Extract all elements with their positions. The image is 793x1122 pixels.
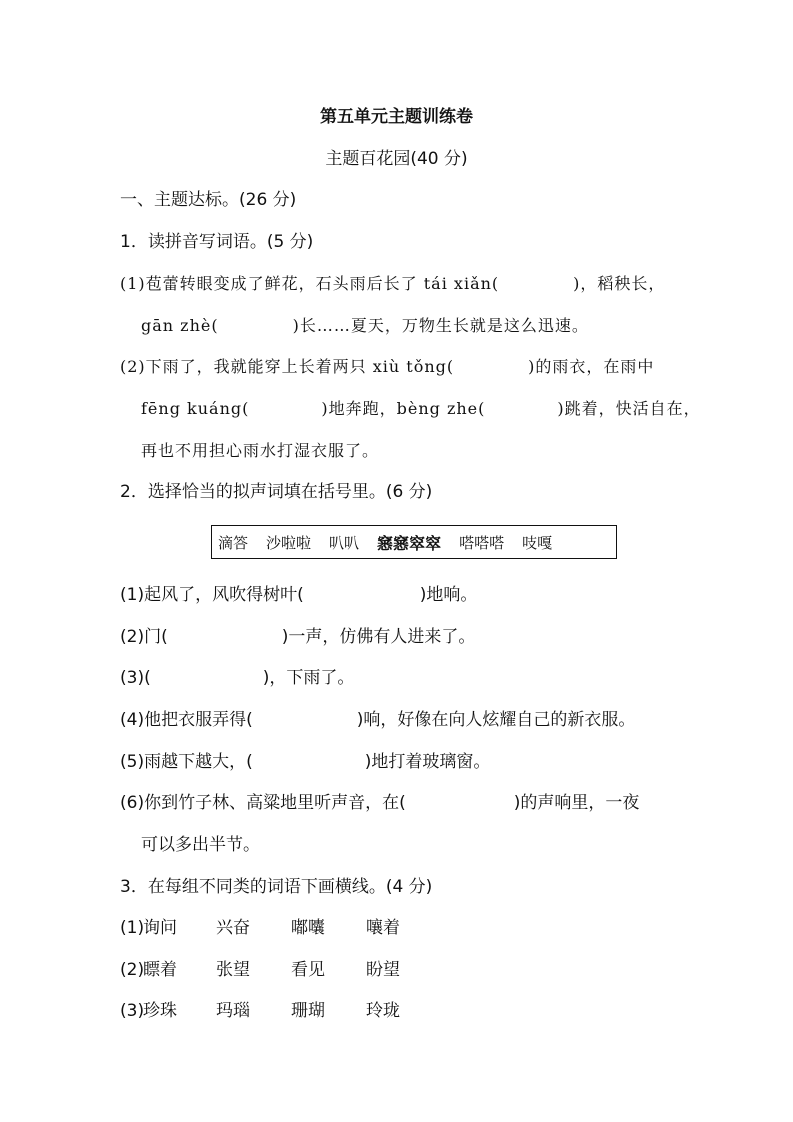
q2-item-text: )的声响里，一夜 bbox=[514, 793, 640, 813]
q1-item2-text-d: )地奔跑，bèng zhe( bbox=[321, 399, 485, 418]
q2-item-text: )地响。 bbox=[420, 585, 478, 605]
q2-item-text: (2)门( bbox=[120, 627, 168, 647]
word-bank-item: 滴答 bbox=[218, 532, 248, 553]
q3-word[interactable]: 嘟囔 bbox=[291, 917, 325, 939]
q1-item1-text-b: )，稻秧长， bbox=[573, 274, 665, 293]
word-bank-item: 窸窸窣窣 bbox=[377, 531, 441, 554]
q3-word[interactable]: 盼望 bbox=[366, 959, 400, 981]
question-2-heading: 2．选择恰当的拟声词填在括号里。(6 分) bbox=[120, 481, 432, 503]
q2-item-text: )地打着玻璃窗。 bbox=[365, 752, 491, 772]
q1-item2-line1: (2)下雨了，我就能穿上长着两只 xiù tǒng()的雨衣，在雨中 bbox=[120, 356, 654, 378]
q2-item-text: (1)起风了，风吹得树叶( bbox=[120, 585, 304, 605]
q2-item-text: (5)雨越下越大，( bbox=[120, 752, 253, 772]
q3-word[interactable]: 珍珠 bbox=[143, 1000, 177, 1022]
q2-item-text: (4)他把衣服弄得( bbox=[120, 710, 253, 730]
q3-word[interactable]: 看见 bbox=[291, 959, 325, 981]
q1-item1-line2: gān zhè()长……夏天，万物生长就是这么迅速。 bbox=[141, 315, 589, 337]
question-3-heading: 3．在每组不同类的词语下画横线。(4 分) bbox=[120, 876, 432, 898]
q2-item-text: (3)( bbox=[120, 668, 151, 688]
q2-item-text: )一声，仿佛有人进来了。 bbox=[282, 627, 476, 647]
question-1-heading: 1．读拼音写词语。(5 分) bbox=[120, 231, 313, 253]
q1-item1-line1: (1)苞蕾转眼变成了鲜花，石头雨后长了 tái xiǎn()，稻秧长， bbox=[120, 273, 665, 295]
word-bank-box: 滴答 沙啦啦 叭叭 窸窸窣窣 嗒嗒嗒 吱嘎 bbox=[211, 525, 617, 559]
page-subtitle: 主题百花园(40 分) bbox=[0, 148, 793, 170]
q3-group-label: (3) bbox=[120, 1000, 144, 1022]
q3-word[interactable]: 嚷着 bbox=[366, 917, 400, 939]
q1-item1-text-c: gān zhè( bbox=[141, 316, 219, 335]
q2-item2: (2)门()一声，仿佛有人进来了。 bbox=[120, 626, 475, 648]
word-bank-item: 嗒嗒嗒 bbox=[459, 532, 504, 553]
word-bank-item: 沙啦啦 bbox=[266, 532, 311, 553]
q1-item2-text-e: )跳着，快活自在， bbox=[557, 399, 700, 418]
q3-group-label: (1) bbox=[120, 917, 144, 939]
q2-item1: (1)起风了，风吹得树叶()地响。 bbox=[120, 584, 477, 606]
q2-item6: (6)你到竹子林、高粱地里听声音，在()的声响里，一夜 bbox=[120, 792, 639, 814]
q1-item1-text-d: )长……夏天，万物生长就是这么迅速。 bbox=[293, 316, 589, 335]
section-heading: 一、主题达标。(26 分) bbox=[120, 189, 296, 211]
q3-word[interactable]: 询问 bbox=[143, 917, 177, 939]
q2-item-text: )，下雨了。 bbox=[263, 668, 355, 688]
q3-group-label: (2) bbox=[120, 959, 144, 981]
word-bank-item: 吱嘎 bbox=[522, 532, 552, 553]
q1-item2-line3: 再也不用担心雨水打湿衣服了。 bbox=[141, 440, 379, 462]
q1-item1-text-a: (1)苞蕾转眼变成了鲜花，石头雨后长了 tái xiǎn( bbox=[120, 274, 499, 293]
q3-word[interactable]: 玛瑙 bbox=[216, 1000, 250, 1022]
q1-item2-line2: fēng kuáng()地奔跑，bèng zhe()跳着，快活自在， bbox=[141, 398, 701, 420]
q2-item-text: (6)你到竹子林、高粱地里听声音，在( bbox=[120, 793, 406, 813]
q2-item5: (5)雨越下越大，()地打着玻璃窗。 bbox=[120, 751, 490, 773]
q3-word[interactable]: 瞟着 bbox=[143, 959, 177, 981]
q2-item4: (4)他把衣服弄得()响，好像在向人炫耀自己的新衣服。 bbox=[120, 709, 635, 731]
q2-item3: (3)()，下雨了。 bbox=[120, 667, 354, 689]
q1-item2-text-c: fēng kuáng( bbox=[141, 399, 249, 418]
q1-item2-text-b: )的雨衣，在雨中 bbox=[528, 357, 654, 376]
q3-word[interactable]: 张望 bbox=[216, 959, 250, 981]
q3-word[interactable]: 兴奋 bbox=[216, 917, 250, 939]
q1-item2-text-a: (2)下雨了，我就能穿上长着两只 xiù tǒng( bbox=[120, 357, 454, 376]
q2-item6-cont: 可以多出半节。 bbox=[141, 834, 260, 856]
q3-word[interactable]: 珊瑚 bbox=[291, 1000, 325, 1022]
word-bank-item: 叭叭 bbox=[329, 532, 359, 553]
page-title: 第五单元主题训练卷 bbox=[0, 106, 793, 128]
q3-word[interactable]: 玲珑 bbox=[366, 1000, 400, 1022]
q2-item-text: )响，好像在向人炫耀自己的新衣服。 bbox=[357, 710, 636, 730]
